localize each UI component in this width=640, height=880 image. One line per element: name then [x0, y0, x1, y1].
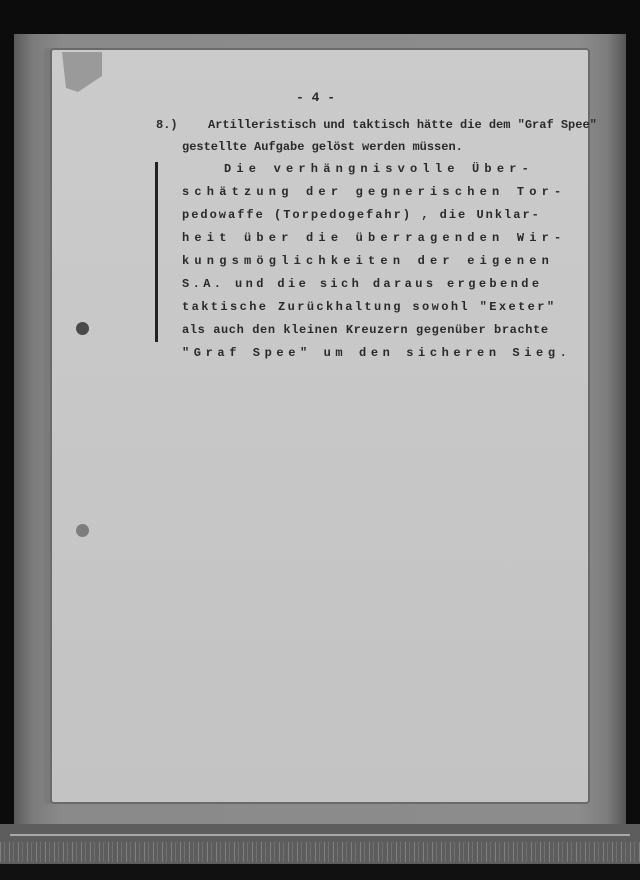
- text-line: S.A. und die sich daraus ergebende: [182, 277, 542, 291]
- text-line: gestellte Aufgabe gelöst werden müssen.: [182, 140, 463, 154]
- section-number: 8.): [156, 118, 178, 132]
- film-edge: [0, 824, 640, 880]
- punch-hole: [76, 524, 89, 537]
- margin-bar: [155, 162, 158, 342]
- text-line: taktische Zurückhaltung sowohl "Exeter": [182, 300, 556, 314]
- document-page: - 4 - 8.) Artilleristisch und taktisch h…: [50, 48, 590, 804]
- text-line: schätzung der gegnerischen Tor-: [182, 185, 566, 199]
- film-edge-marks: [0, 842, 640, 862]
- text-line: heit über die überragenden Wir-: [182, 231, 566, 245]
- tape-mark: [62, 52, 102, 92]
- page-number: - 4 -: [296, 90, 335, 105]
- punch-hole: [76, 322, 89, 335]
- film-rule: [10, 834, 630, 836]
- text-line: Artilleristisch und taktisch hätte die d…: [208, 118, 597, 132]
- text-line: pedowaffe (Torpedogefahr) , die Unklar-: [182, 208, 541, 222]
- text-line: als auch den kleinen Kreuzern gegenüber …: [182, 323, 549, 337]
- film-border: [0, 864, 640, 880]
- text-line: kungsmöglichkeiten der eigenen: [182, 254, 554, 268]
- text-line: Die verhängnisvolle Über-: [224, 162, 534, 176]
- text-line: "Graf Spee" um den sicheren Sieg.: [182, 346, 571, 360]
